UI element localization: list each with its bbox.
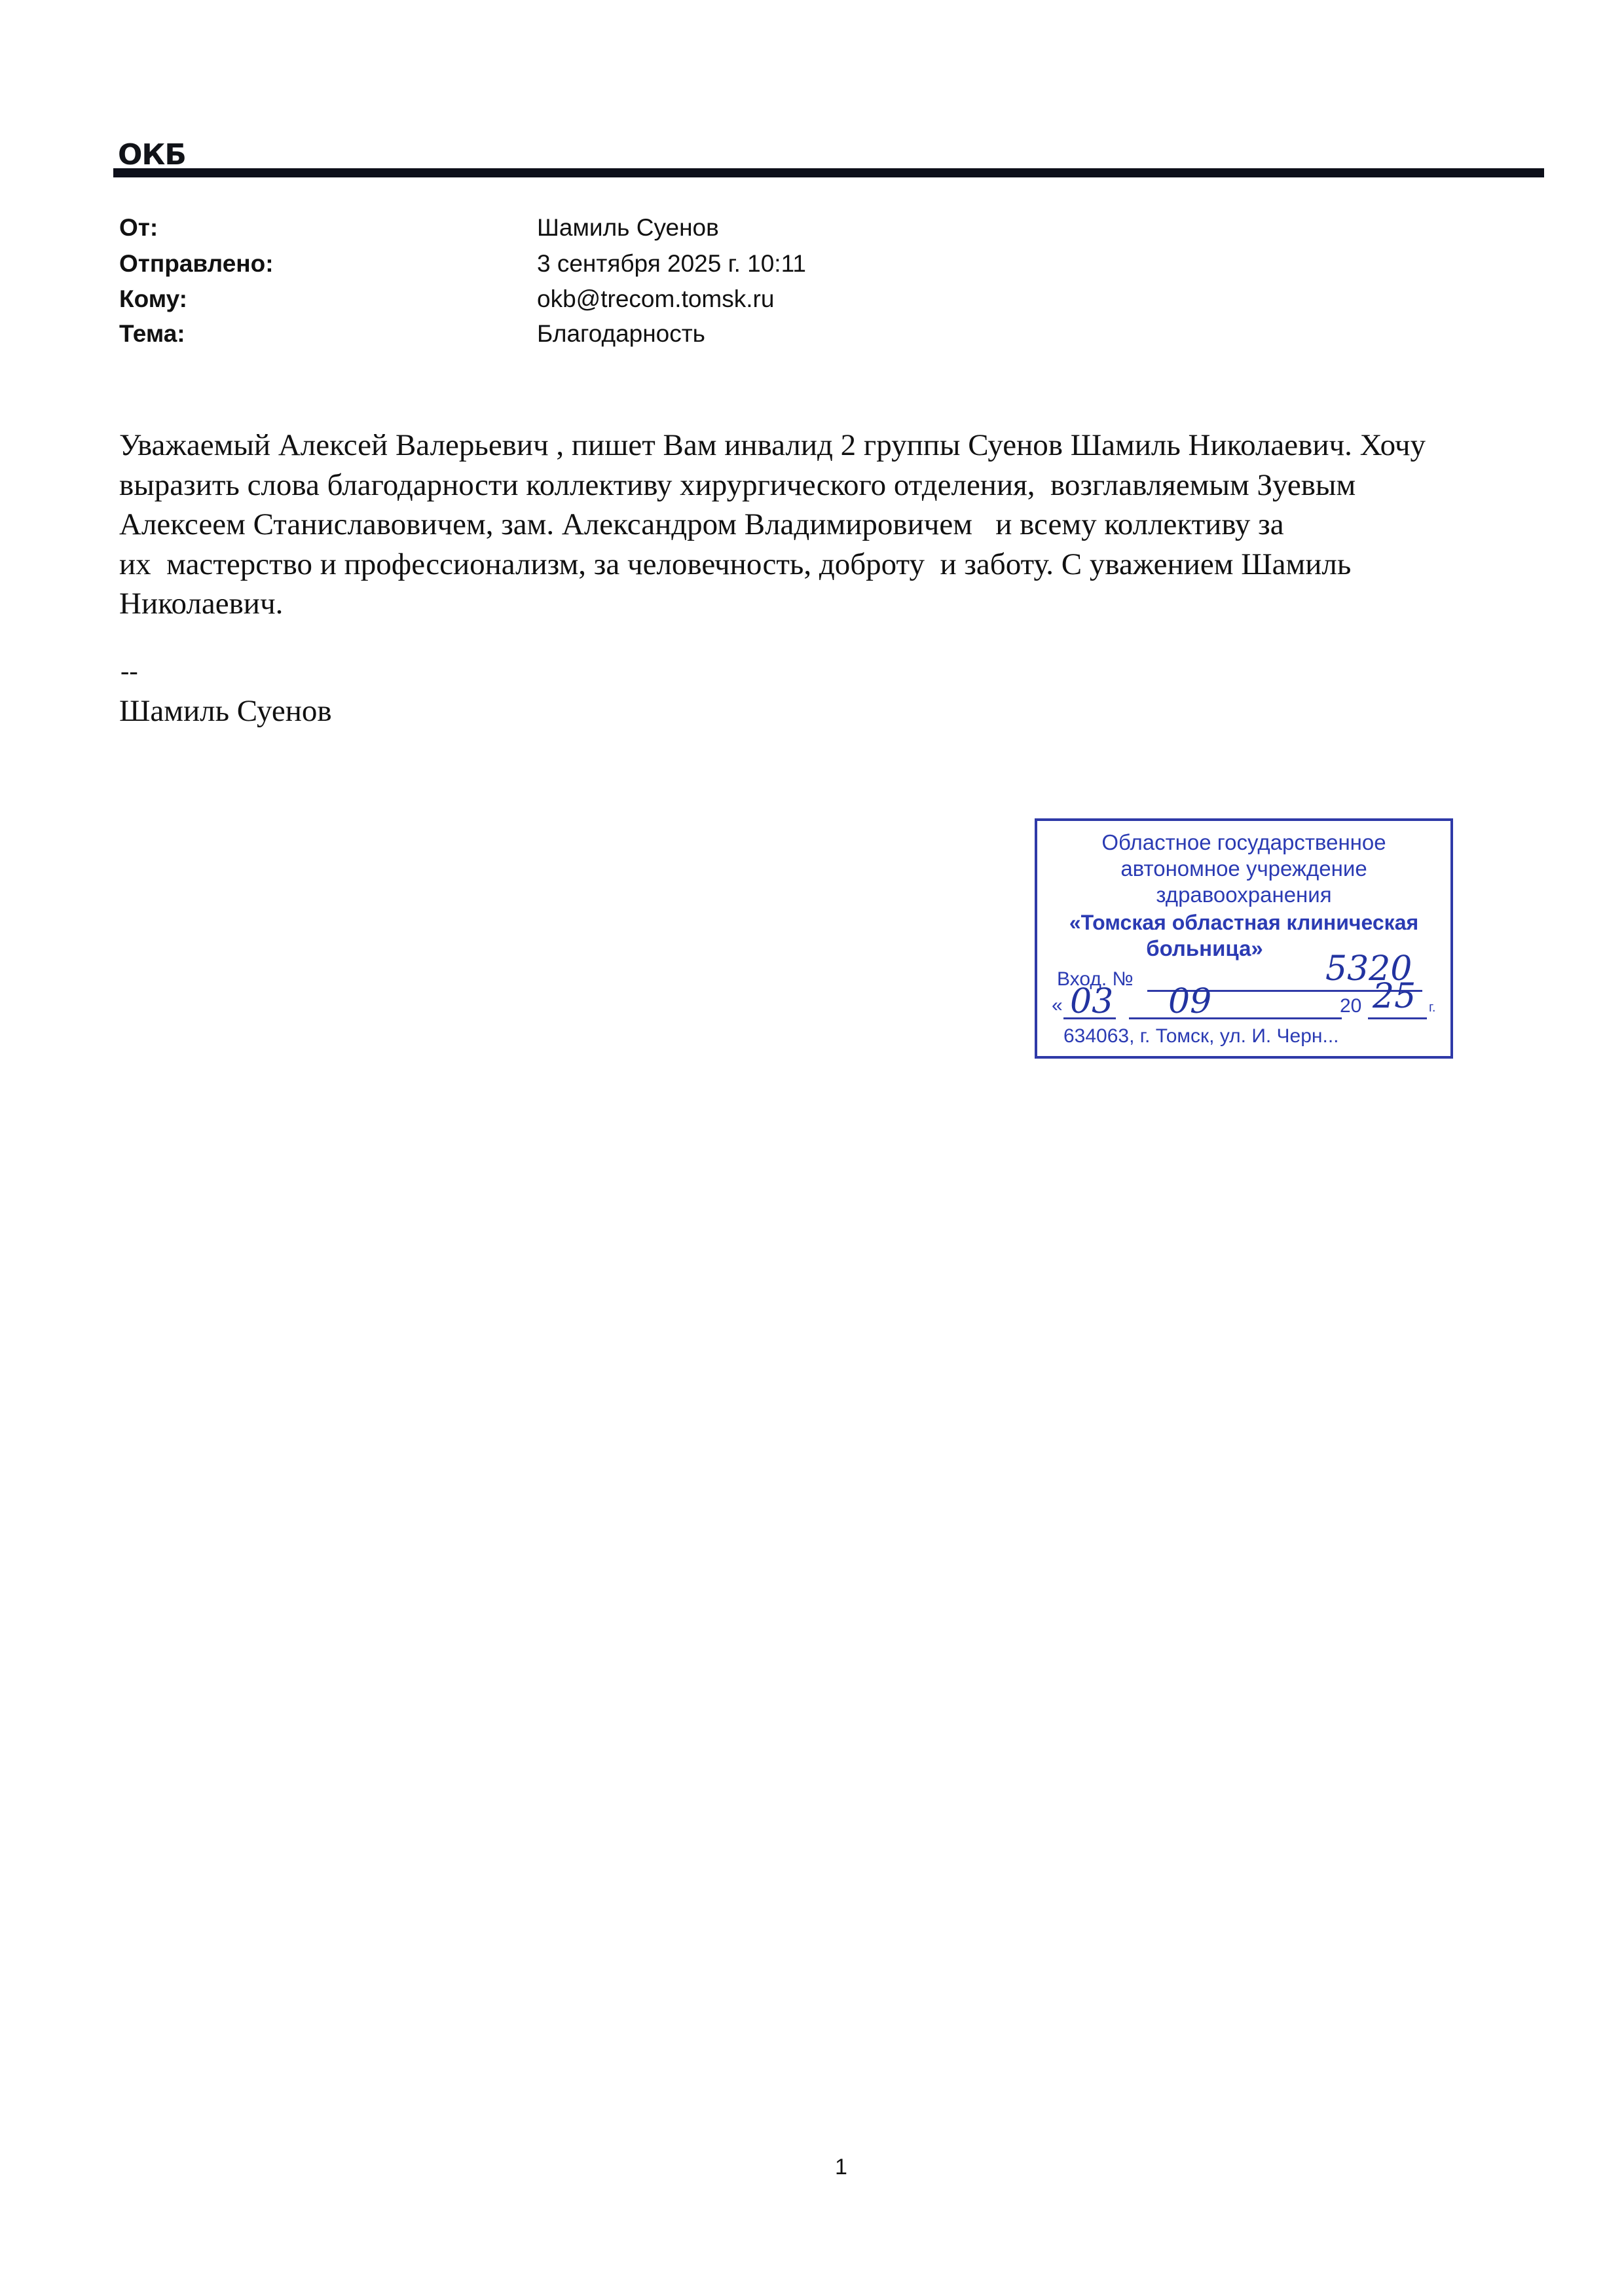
signature-name: Шамиль Суенов — [119, 691, 332, 731]
sent-label: Отправлено: — [119, 251, 274, 277]
year-unit: г. — [1429, 996, 1435, 1019]
document-title: ОКБ — [118, 139, 186, 172]
stamp-address: 634063, г. Томск, ул. И. Черн... — [1063, 1025, 1339, 1048]
stamp-line-hospital: «Томская областная клиническая — [1037, 910, 1450, 935]
stamp-line: автономное учреждение — [1037, 856, 1450, 881]
stamp-line: здравоохранения — [1037, 883, 1450, 907]
from-label: От: — [119, 215, 158, 241]
to-value: okb@trecom.tomsk.ru — [537, 286, 774, 312]
year-suffix: 25 — [1373, 978, 1416, 1015]
registration-stamp: Областное государственное автономное учр… — [1035, 818, 1453, 1059]
from-value: Шамиль Суенов — [537, 215, 719, 241]
year-prefix: 20 — [1340, 995, 1361, 1017]
sent-value: 3 сентября 2025 г. 10:11 — [537, 251, 806, 277]
subject-label: Тема: — [119, 321, 185, 347]
signature-separator: -- — [120, 658, 138, 684]
page-number: 1 — [835, 2154, 847, 2180]
month-line — [1129, 1017, 1342, 1019]
body-line: Уважаемый Алексей Валерьевич , пишет Вам… — [119, 426, 1560, 465]
date-month: 09 — [1168, 983, 1211, 1020]
to-label: Кому: — [119, 286, 187, 312]
subject-value: Благодарность — [537, 321, 705, 347]
body-line: Алексеем Станиславовичем, зам. Александр… — [119, 505, 1560, 545]
year-line — [1368, 1017, 1427, 1019]
header-divider — [113, 168, 1544, 177]
body-line: Николаевич. — [119, 584, 1560, 624]
message-body: Уважаемый Алексей Валерьевич , пишет Вам… — [119, 426, 1560, 624]
stamp-line: Областное государственное — [1037, 830, 1450, 855]
date-day: 03 — [1070, 983, 1113, 1020]
date-open-quote: « — [1052, 994, 1063, 1017]
body-line: их мастерство и профессионализм, за чело… — [119, 545, 1560, 585]
body-line: выразить слова благодарности коллективу … — [119, 465, 1560, 505]
